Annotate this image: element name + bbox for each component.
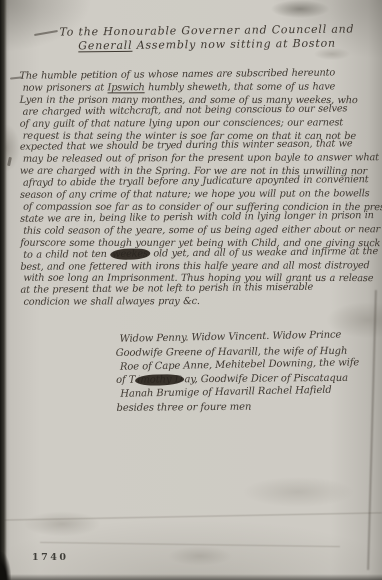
petition-body: The humble petition of us whose names ar…: [19, 69, 380, 309]
body-line: may be released out of prison for the pr…: [23, 153, 380, 166]
body-line: The humble petition of us whose names ar…: [19, 67, 379, 83]
ink-blot-word: imothy D: [135, 375, 184, 386]
body-line: state we are in, being like to perish wi…: [20, 210, 380, 226]
body-line: expected that we should be tryed during …: [20, 138, 380, 154]
body-line: best, and one fettered with irons this h…: [20, 260, 380, 273]
margin-ink-mark: [7, 157, 12, 166]
page-edge-shadow: [0, 0, 7, 580]
underlined-word: Generall: [78, 39, 132, 53]
underlined-word: Ipswich: [107, 82, 144, 93]
body-line: at the present that we be not left to pe…: [20, 281, 380, 297]
body-line: season of any crime of that nature; we h…: [20, 188, 380, 201]
signature-line: Widow Penny. Widow Vincent. Widow Prince: [119, 328, 377, 347]
signature-line: besides three or foure men: [116, 400, 378, 416]
archive-stamp: 1740: [32, 552, 68, 563]
page-corner-shadow: [0, 552, 11, 580]
document-heading: To the Honourable Governer and Councell …: [44, 22, 370, 53]
body-line: now prisoners at Ipswich humbly sheweth,…: [23, 81, 380, 94]
paper-crease: [0, 512, 382, 520]
signature-block: Widow Penny. Widow Vincent. Widow Prince…: [119, 329, 378, 415]
body-line: this cold season of the yeare, some of u…: [23, 224, 380, 237]
document-page: To the Honourable Governer and Councell …: [0, 0, 382, 580]
heading-line: Generall Assembly now sitting at Boston: [44, 36, 370, 53]
paper-crease: [40, 542, 340, 547]
body-line: afrayd to abide the tryall before any Ju…: [23, 174, 380, 190]
page-edge-shadow: [0, 574, 382, 580]
body-line: of any guilt of that nature lying upon o…: [20, 117, 380, 130]
body-line: condicion we shall alwayes pray &c.: [23, 295, 380, 308]
ink-blot-word: weekes: [110, 248, 150, 259]
